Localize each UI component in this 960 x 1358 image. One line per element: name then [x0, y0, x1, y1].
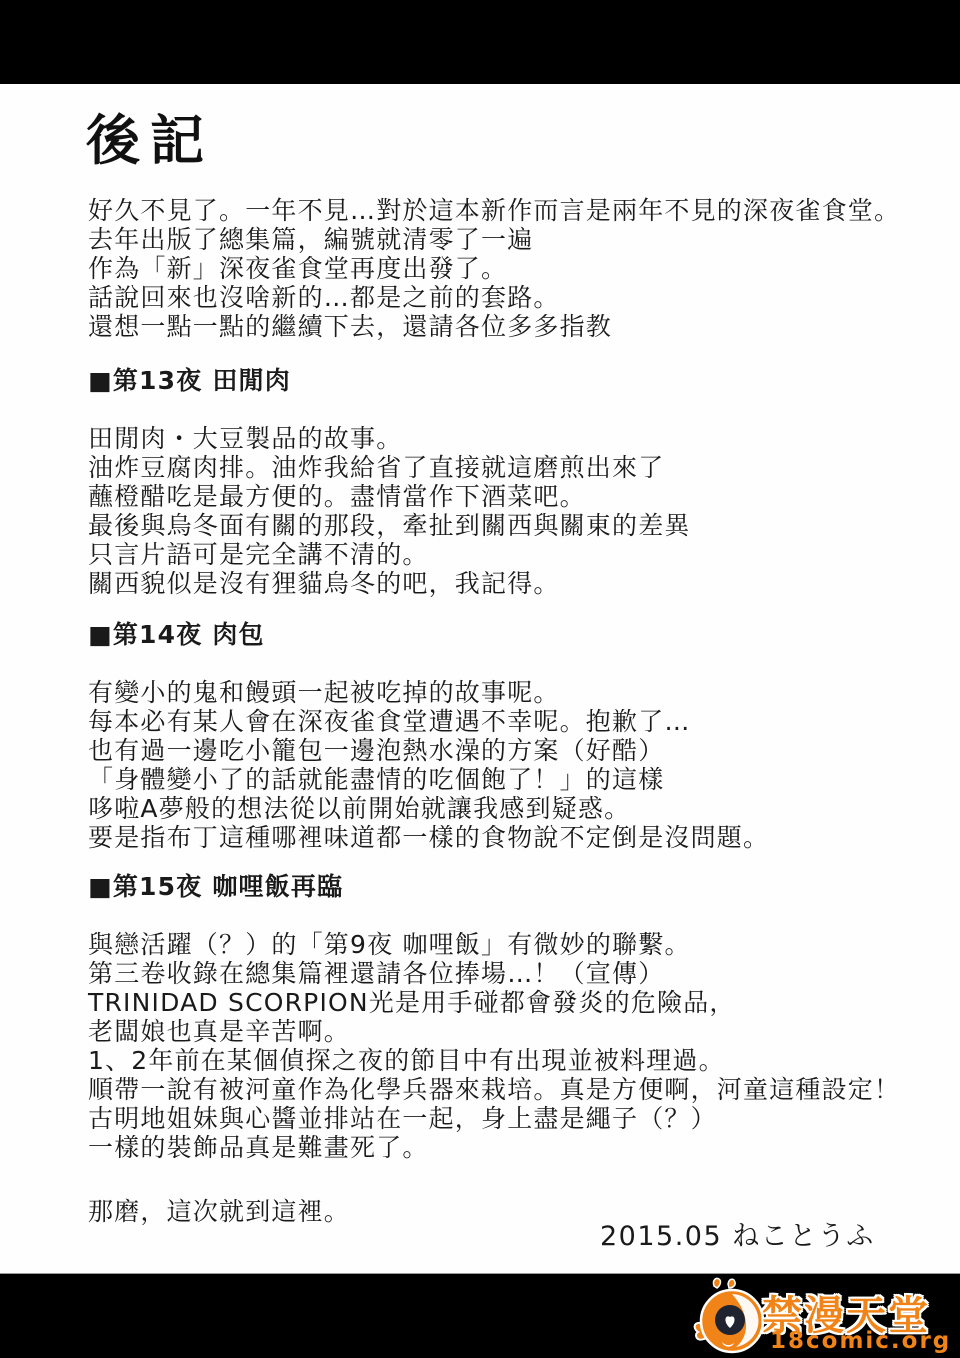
intro-line: 好久不見了。一年不見…對於這本新作而言是兩年不見的深夜雀食堂。: [88, 196, 900, 225]
bird-mascot-icon: [692, 1276, 770, 1356]
section-line: 1、2年前在某個偵探之夜的節目中有出現並被料理過。: [88, 1046, 900, 1075]
section-line: 一樣的裝飾品真是難畫死了。: [88, 1133, 900, 1162]
section-line: 要是指布丁這種哪裡味道都一樣的食物說不定倒是沒問題。: [88, 823, 769, 852]
top-black-border: [0, 0, 960, 84]
section-night13-body: 田閒肉・大豆製品的故事。 油炸豆腐肉排。油炸我給省了直接就這磨煎出來了 蘸橙醋吃…: [88, 424, 691, 598]
watermark-logo: 禁漫天堂 18comic.org: [692, 1274, 956, 1356]
section-line: 「身體變小了的話就能盡情的吃個飽了！」的這樣: [88, 765, 769, 794]
section-line: 老闆娘也真是辛苦啊。: [88, 1017, 900, 1046]
intro-line: 還想一點一點的繼續下去，還請各位多多指教: [88, 312, 900, 341]
section-header-night13: ■第13夜 田閒肉: [88, 366, 291, 395]
section-line: 順帶一說有被河童作為化學兵器來栽培。真是方便啊，河童這種設定！: [88, 1075, 900, 1104]
author-signature: 2015.05 ねことうふ: [600, 1214, 875, 1253]
site-url: 18comic.org: [770, 1328, 951, 1354]
section-line: TRINIDAD SCORPION光是用手碰都會發炎的危險品，: [88, 988, 900, 1017]
section-line: 只言片語可是完全講不清的。: [88, 540, 691, 569]
intro-paragraph: 好久不見了。一年不見…對於這本新作而言是兩年不見的深夜雀食堂。 去年出版了總集篇…: [88, 196, 900, 341]
intro-line: 話說回來也沒啥新的…都是之前的套路。: [88, 283, 900, 312]
section-line: 每本必有某人會在深夜雀食堂遭遇不幸呢。抱歉了…: [88, 707, 769, 736]
section-header-night15: ■第15夜 咖哩飯再臨: [88, 872, 343, 901]
section-line: 最後與烏冬面有關的那段，牽扯到關西與關東的差異: [88, 511, 691, 540]
section-line: 蘸橙醋吃是最方便的。盡情當作下酒菜吧。: [88, 482, 691, 511]
section-line: 關西貌似是沒有狸貓烏冬的吧，我記得。: [88, 569, 691, 598]
section-line: 有變小的鬼和饅頭一起被吃掉的故事呢。: [88, 678, 769, 707]
section-line: 油炸豆腐肉排。油炸我給省了直接就這磨煎出來了: [88, 453, 691, 482]
section-line: 與戀活躍（？）的「第9夜 咖哩飯」有微妙的聯繫。: [88, 930, 900, 959]
section-line: 第三卷收錄在總集篇裡還請各位捧場…！（宣傳）: [88, 959, 900, 988]
section-night14-body: 有變小的鬼和饅頭一起被吃掉的故事呢。 每本必有某人會在深夜雀食堂遭遇不幸呢。抱歉…: [88, 678, 769, 852]
page-title: 後記: [86, 98, 214, 175]
section-night15-body: 與戀活躍（？）的「第9夜 咖哩飯」有微妙的聯繫。 第三卷收錄在總集篇裡還請各位捧…: [88, 930, 900, 1162]
section-line: 田閒肉・大豆製品的故事。: [88, 424, 691, 453]
section-line: 古明地姐妹與心醬並排站在一起，身上盡是繩子（？）: [88, 1104, 900, 1133]
section-line: 哆啦A夢般的想法從以前開始就讓我感到疑惑。: [88, 794, 769, 823]
section-header-night14: ■第14夜 肉包: [88, 620, 265, 649]
section-line: 也有過一邊吃小籠包一邊泡熱水澡的方案（好酷）: [88, 736, 769, 765]
intro-line: 去年出版了總集篇，編號就清零了一遍: [88, 225, 900, 254]
intro-line: 作為「新」深夜雀食堂再度出發了。: [88, 254, 900, 283]
closing-line: 那磨，這次就到這裡。: [88, 1192, 350, 1228]
afterword-page: 後記 好久不見了。一年不見…對於這本新作而言是兩年不見的深夜雀食堂。 去年出版了…: [0, 0, 960, 1358]
